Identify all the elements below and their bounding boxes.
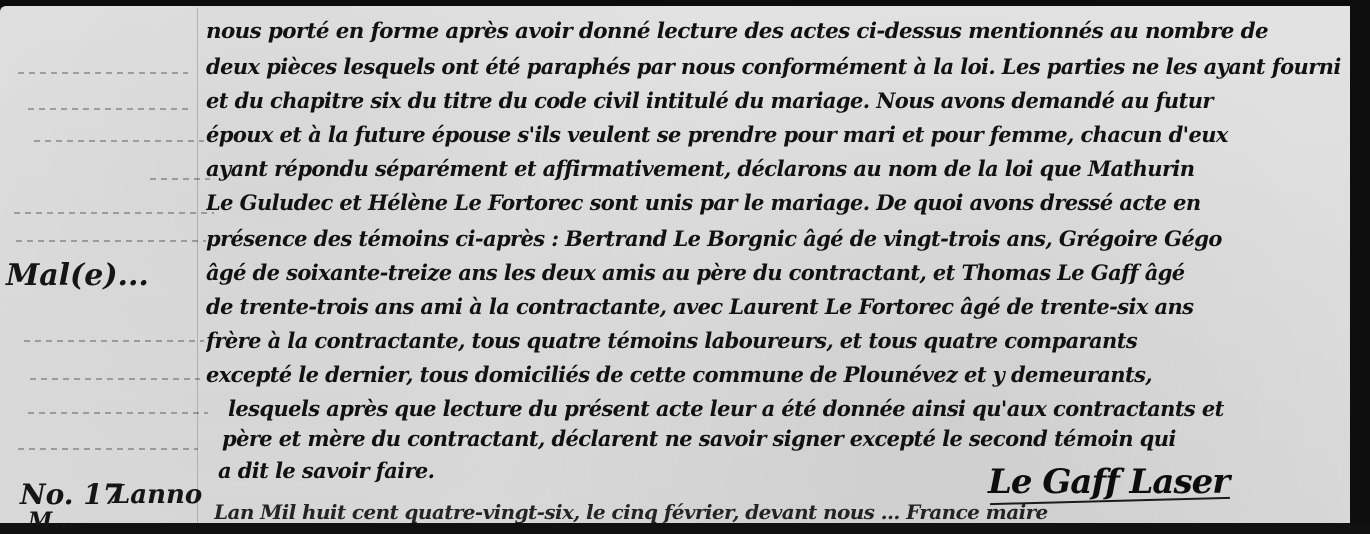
margin-rule [197,8,198,523]
next-entry-line: Lan Mil huit cent quatre-vingt-six, le c… [214,500,1354,523]
body-line: père et mère du contractant, déclarent n… [222,426,1362,451]
entry-number: No. 17 [20,478,122,511]
entry-name: Lanno [112,480,202,510]
margin-bleed-line [150,178,210,180]
margin-bleed-line [18,72,188,74]
body-line: Le Guludec et Hélène Le Fortorec sont un… [206,190,1346,215]
margin-bleed-line [34,140,204,142]
margin-bleed-line [18,448,198,450]
body-line: lesquels après que lecture du présent ac… [228,396,1368,421]
margin-bleed-line [16,240,206,242]
margin-bleed-line [28,108,188,110]
margin-bleed-line [30,378,200,380]
body-line: nous porté en forme après avoir donné le… [206,18,1369,43]
body-line: époux et à la future épouse s'ils veulen… [206,122,1346,147]
margin-bleed-line [28,412,208,414]
margin-bleed-line [24,340,204,342]
body-line: frère à la contractante, tous quatre tém… [206,328,1346,353]
entry-second-line: M... [28,508,75,523]
body-line: âgé de soixante-treize ans les deux amis… [206,260,1346,285]
witness-signature: Le Gaff Laser [988,462,1229,502]
body-line: excepté le dernier, tous domiciliés de c… [206,362,1346,387]
margin-mark: Mal(e)... [6,258,149,293]
margin-bleed-line [14,212,214,214]
body-line: de trente-trois ans ami à la contractant… [206,294,1346,319]
body-line: deux pièces lesquels ont été paraphés pa… [206,54,1346,79]
body-line: présence des témoins ci-après : Bertrand… [206,226,1346,251]
scanned-document: Mal(e)... No. 17 Lanno M... nous porté e… [0,0,1370,523]
body-line: ayant répondu séparément et affirmativem… [206,156,1346,181]
body-line: et du chapitre six du titre du code civi… [206,88,1346,113]
